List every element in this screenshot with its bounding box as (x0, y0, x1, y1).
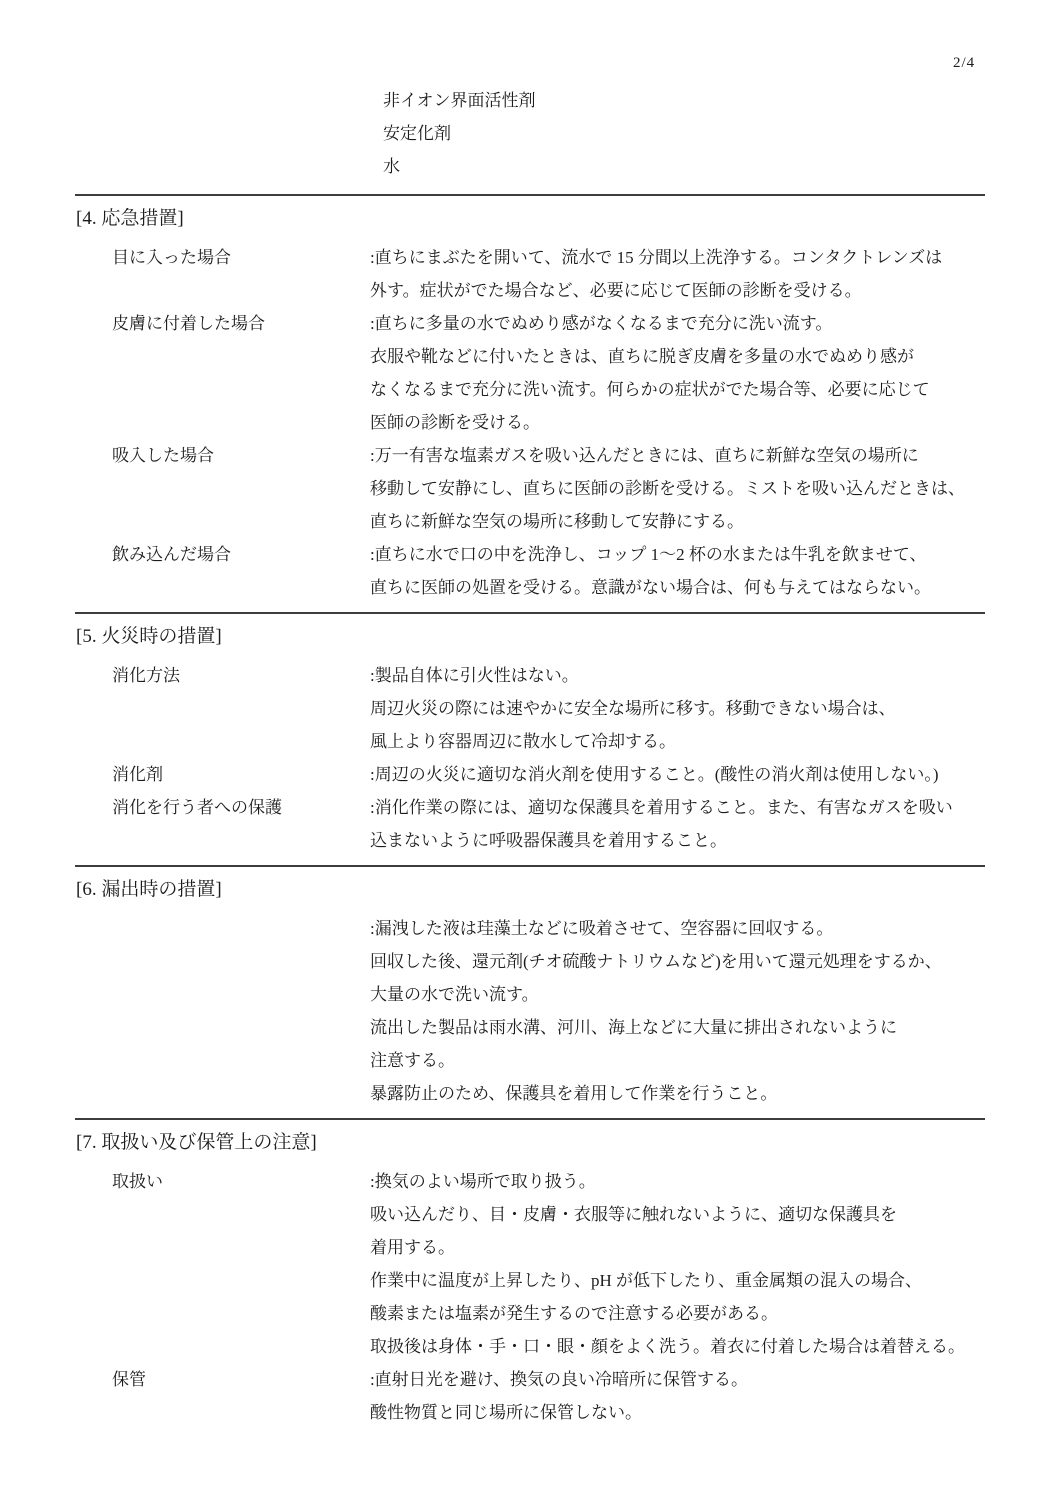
text-line: :周辺の火災に適切な消火剤を使用すること。(酸性の消火剤は使用しない。) (370, 758, 985, 791)
text-line: 外す。症状がでた場合など、必要に応じて医師の診断を受ける。 (370, 274, 985, 307)
page-number: 2/4 (953, 54, 975, 72)
text-line: 酸性物質と同じ場所に保管しない。 (370, 1396, 985, 1429)
text-line: 大量の水で洗い流す。 (370, 978, 985, 1011)
text-line: 直ちに新鮮な空気の場所に移動して安静にする。 (370, 505, 985, 538)
section: [4. 応急措置]目に入った場合:直ちにまぶたを開いて、流水で 15 分間以上洗… (0, 194, 1061, 604)
definition-row: 消化方法:製品自体に引火性はない。周辺火災の際には速やかに安全な場所に移す。移動… (75, 659, 985, 758)
ingredient-line: 非イオン界面活性剤 (383, 84, 1061, 117)
section-divider (75, 1118, 985, 1120)
section-rows: :漏洩した液は珪藻土などに吸着させて、空容器に回収する。回収した後、還元剤(チオ… (75, 912, 985, 1110)
text-line: :消化作業の際には、適切な保護具を着用すること。また、有害なガスを吸い (370, 791, 985, 824)
row-text: :漏洩した液は珪藻土などに吸着させて、空容器に回収する。回収した後、還元剤(チオ… (370, 912, 985, 1110)
text-line: 衣服や靴などに付いたときは、直ちに脱ぎ皮膚を多量の水でぬめり感が (370, 340, 985, 373)
text-line: 回収した後、還元剤(チオ硫酸ナトリウムなど)を用いて還元処理をするか、 (370, 945, 985, 978)
section: [7. 取扱い及び保管上の注意]取扱い:換気のよい場所で取り扱う。吸い込んだり、… (0, 1118, 1061, 1429)
text-line: 直ちに医師の処置を受ける。意識がない場合は、何も与えてはならない。 (370, 571, 985, 604)
ingredient-list: 非イオン界面活性剤安定化剤水 (383, 84, 1061, 183)
text-line: 流出した製品は雨水溝、河川、海上などに大量に排出されないように (370, 1011, 985, 1044)
section: [5. 火災時の措置]消化方法:製品自体に引火性はない。周辺火災の際には速やかに… (0, 612, 1061, 857)
text-line: 吸い込んだり、目・皮膚・衣服等に触れないように、適切な保護具を (370, 1198, 985, 1231)
definition-row: :漏洩した液は珪藻土などに吸着させて、空容器に回収する。回収した後、還元剤(チオ… (75, 912, 985, 1110)
text-line: 医師の診断を受ける。 (370, 406, 985, 439)
row-label: 保管 (75, 1363, 370, 1396)
row-text: :直ちにまぶたを開いて、流水で 15 分間以上洗浄する。コンタクトレンズは外す。… (370, 241, 985, 307)
text-line: 酸素または塩素が発生するので注意する必要がある。 (370, 1297, 985, 1330)
row-text: :直ちに多量の水でぬめり感がなくなるまで充分に洗い流す。衣服や靴などに付いたとき… (370, 307, 985, 439)
text-line: :直ちに多量の水でぬめり感がなくなるまで充分に洗い流す。 (370, 307, 985, 340)
definition-row: 取扱い:換気のよい場所で取り扱う。吸い込んだり、目・皮膚・衣服等に触れないように… (75, 1165, 985, 1363)
row-label: 消化剤 (75, 758, 370, 791)
text-line: 注意する。 (370, 1044, 985, 1077)
ingredient-line: 水 (383, 150, 1061, 183)
text-line: 周辺火災の際には速やかに安全な場所に移す。移動できない場合は、 (370, 692, 985, 725)
row-label: 消化を行う者への保護 (75, 791, 370, 824)
section-divider (75, 865, 985, 867)
row-label: 皮膚に付着した場合 (75, 307, 370, 340)
section-divider (75, 194, 985, 196)
section-heading: [5. 火災時の措置] (76, 624, 1061, 650)
text-line: 取扱後は身体・手・口・眼・顔をよく洗う。着衣に付着した場合は着替える。 (370, 1330, 985, 1363)
section-rows: 消化方法:製品自体に引火性はない。周辺火災の際には速やかに安全な場所に移す。移動… (75, 659, 985, 857)
text-line: :直ちに水で口の中を洗浄し、コップ 1〜2 杯の水または牛乳を飲ませて、 (370, 538, 985, 571)
section-rows: 取扱い:換気のよい場所で取り扱う。吸い込んだり、目・皮膚・衣服等に触れないように… (75, 1165, 985, 1429)
definition-row: 皮膚に付着した場合:直ちに多量の水でぬめり感がなくなるまで充分に洗い流す。衣服や… (75, 307, 985, 439)
row-text: :製品自体に引火性はない。周辺火災の際には速やかに安全な場所に移す。移動できない… (370, 659, 985, 758)
text-line: 移動して安静にし、直ちに医師の診断を受ける。ミストを吸い込んだときは、 (370, 472, 985, 505)
ingredient-line: 安定化剤 (383, 117, 1061, 150)
text-line: 作業中に温度が上昇したり、pH が低下したり、重金属類の混入の場合、 (370, 1264, 985, 1297)
text-line: 着用する。 (370, 1231, 985, 1264)
row-text: :直射日光を避け、換気の良い冷暗所に保管する。酸性物質と同じ場所に保管しない。 (370, 1363, 985, 1429)
section-heading: [7. 取扱い及び保管上の注意] (76, 1130, 1061, 1156)
text-line: なくなるまで充分に洗い流す。何らかの症状がでた場合等、必要に応じて (370, 373, 985, 406)
sds-document-page: 2/4 非イオン界面活性剤安定化剤水 [4. 応急措置]目に入った場合:直ちにま… (0, 0, 1061, 1500)
row-label: 目に入った場合 (75, 241, 370, 274)
definition-row: 飲み込んだ場合:直ちに水で口の中を洗浄し、コップ 1〜2 杯の水または牛乳を飲ま… (75, 538, 985, 604)
section-rows: 目に入った場合:直ちにまぶたを開いて、流水で 15 分間以上洗浄する。コンタクト… (75, 241, 985, 604)
row-label: 消化方法 (75, 659, 370, 692)
section-heading: [6. 漏出時の措置] (76, 877, 1061, 903)
definition-row: 目に入った場合:直ちにまぶたを開いて、流水で 15 分間以上洗浄する。コンタクト… (75, 241, 985, 307)
text-line: 暴露防止のため、保護具を着用して作業を行うこと。 (370, 1077, 985, 1110)
definition-row: 消化を行う者への保護:消化作業の際には、適切な保護具を着用すること。また、有害な… (75, 791, 985, 857)
definition-row: 保管:直射日光を避け、換気の良い冷暗所に保管する。酸性物質と同じ場所に保管しない… (75, 1363, 985, 1429)
text-line: 込まないように呼吸器保護具を着用すること。 (370, 824, 985, 857)
section-divider (75, 612, 985, 614)
text-line: :製品自体に引火性はない。 (370, 659, 985, 692)
row-text: :消化作業の際には、適切な保護具を着用すること。また、有害なガスを吸い込まないよ… (370, 791, 985, 857)
text-line: :換気のよい場所で取り扱う。 (370, 1165, 985, 1198)
text-line: :直射日光を避け、換気の良い冷暗所に保管する。 (370, 1363, 985, 1396)
row-text: :周辺の火災に適切な消火剤を使用すること。(酸性の消火剤は使用しない。) (370, 758, 985, 791)
text-line: :直ちにまぶたを開いて、流水で 15 分間以上洗浄する。コンタクトレンズは (370, 241, 985, 274)
text-line: 風上より容器周辺に散水して冷却する。 (370, 725, 985, 758)
definition-row: 消化剤:周辺の火災に適切な消火剤を使用すること。(酸性の消火剤は使用しない。) (75, 758, 985, 791)
row-text: :万一有害な塩素ガスを吸い込んだときには、直ちに新鮮な空気の場所に移動して安静に… (370, 439, 985, 538)
text-line: :万一有害な塩素ガスを吸い込んだときには、直ちに新鮮な空気の場所に (370, 439, 985, 472)
definition-row: 吸入した場合:万一有害な塩素ガスを吸い込んだときには、直ちに新鮮な空気の場所に移… (75, 439, 985, 538)
row-text: :換気のよい場所で取り扱う。吸い込んだり、目・皮膚・衣服等に触れないように、適切… (370, 1165, 985, 1363)
row-label: 吸入した場合 (75, 439, 370, 472)
section-heading: [4. 応急措置] (76, 206, 1061, 232)
row-label: 取扱い (75, 1165, 370, 1198)
row-text: :直ちに水で口の中を洗浄し、コップ 1〜2 杯の水または牛乳を飲ませて、直ちに医… (370, 538, 985, 604)
section: [6. 漏出時の措置]:漏洩した液は珪藻土などに吸着させて、空容器に回収する。回… (0, 865, 1061, 1110)
row-label: 飲み込んだ場合 (75, 538, 370, 571)
text-line: :漏洩した液は珪藻土などに吸着させて、空容器に回収する。 (370, 912, 985, 945)
document-sections: [4. 応急措置]目に入った場合:直ちにまぶたを開いて、流水で 15 分間以上洗… (0, 194, 1061, 1429)
